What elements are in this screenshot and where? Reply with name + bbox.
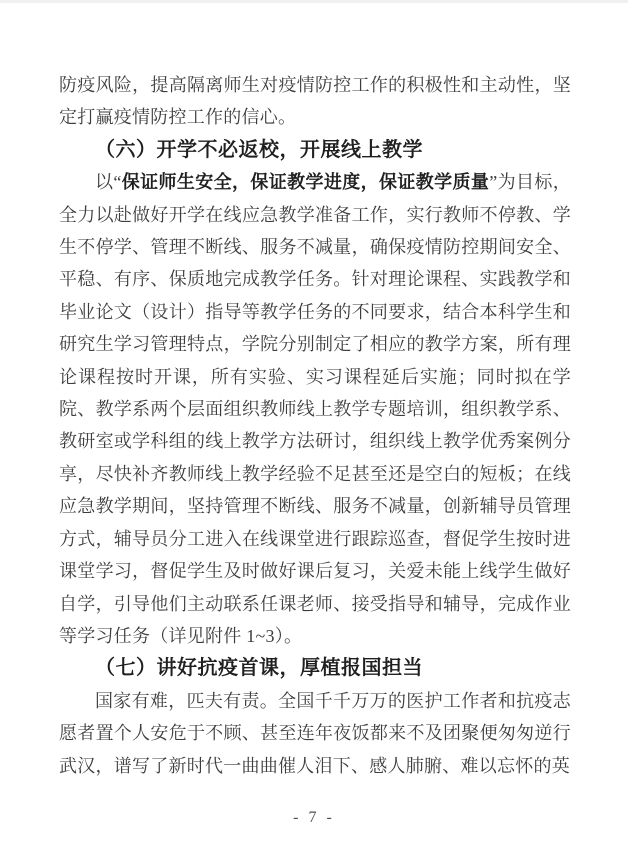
- section-6-paragraph-rest: ”为目标，全力以赴做好开学在线应急教学准备工作，实行教师不停教、学生不停学、管理…: [59, 172, 571, 646]
- page-number: - 7 -: [0, 808, 628, 828]
- continuation-paragraph: 防疫风险，提高隔离师生对疫情防控工作的积极性和主动性，坚定打赢疫情防控工作的信心…: [59, 69, 571, 134]
- section-6-paragraph-lead: 以“: [95, 172, 122, 192]
- section-7-heading: （七）讲好抗疫首课，厚植报国担当: [59, 652, 571, 684]
- document-page: 防疫风险，提高隔离师生对疫情防控工作的积极性和主动性，坚定打赢疫情防控工作的信心…: [0, 0, 628, 867]
- bold-goal-text: 保证师生安全，保证教学进度，保证教学质量: [122, 172, 490, 192]
- section-6-heading: （六）开学不必返校，开展线上教学: [59, 134, 571, 166]
- document-body: 防疫风险，提高隔离师生对疫情防控工作的积极性和主动性，坚定打赢疫情防控工作的信心…: [59, 69, 571, 782]
- section-6-paragraph: 以“保证师生安全，保证教学进度，保证教学质量”为目标，全力以赴做好开学在线应急教…: [59, 166, 571, 652]
- page-top-edge: [0, 0, 628, 3]
- section-7-paragraph: 国家有难，匹夫有责。全国千千万万的医护工作者和抗疫志愿者置个人安危于不顾、甚至连…: [59, 685, 571, 782]
